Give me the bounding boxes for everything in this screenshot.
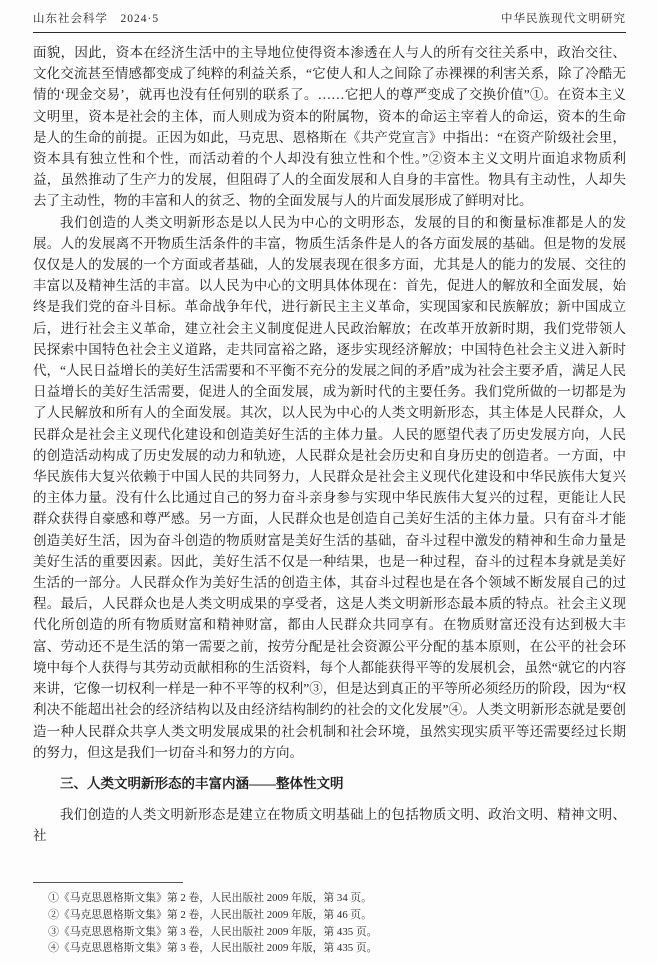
header-rule bbox=[33, 32, 626, 33]
footnote-3: ③《马克思恩格斯文集》第 3 卷，人民出版社 2009 年版，第 435 页。 bbox=[33, 924, 626, 941]
footnote-1: ①《马克思恩格斯文集》第 2 卷，人民出版社 2009 年版，第 34 页。 bbox=[33, 890, 626, 907]
paragraph-capital-critique: 面貌，因此，资本在经济生活中的主导地位使得资本渗透在人与人的所有交往关系中，政治… bbox=[33, 42, 626, 212]
section-heading-three: 三、人类文明新形态的丰富内涵——整体性文明 bbox=[33, 773, 626, 794]
column-title: 中华民族现代文明研究 bbox=[501, 10, 626, 26]
page-header: 山东社会科学 2024·5 中华民族现代文明研究 bbox=[33, 10, 626, 26]
article-body: 面貌，因此，资本在经济生活中的主导地位使得资本渗透在人与人的所有交往关系中，政治… bbox=[33, 42, 626, 847]
footnote-2: ②《马克思恩格斯文集》第 2 卷，人民出版社 2009 年版，第 46 页。 bbox=[33, 907, 626, 924]
paragraph-people-centered-civilization: 我们创造的人类文明新形态是以人民为中心的文明形态，发展的目的和衡量标准都是人的发… bbox=[33, 212, 626, 763]
footnote-4: ④《马克思恩格斯文集》第 3 卷，人民出版社 2009 年版，第 435 页。 bbox=[33, 940, 626, 957]
paragraph-integrated-civilization-start: 我们创造的人类文明新形态是建立在物质文明基础上的包括物质文明、政治文明、精神文明… bbox=[33, 804, 626, 846]
journal-title: 山东社会科学 2024·5 bbox=[33, 10, 159, 26]
footnotes-block: ①《马克思恩格斯文集》第 2 卷，人民出版社 2009 年版，第 34 页。 ②… bbox=[33, 882, 626, 957]
footnote-rule bbox=[33, 882, 183, 883]
journal-page: 山东社会科学 2024·5 中华民族现代文明研究 面貌，因此，资本在经济生活中的… bbox=[0, 0, 658, 963]
